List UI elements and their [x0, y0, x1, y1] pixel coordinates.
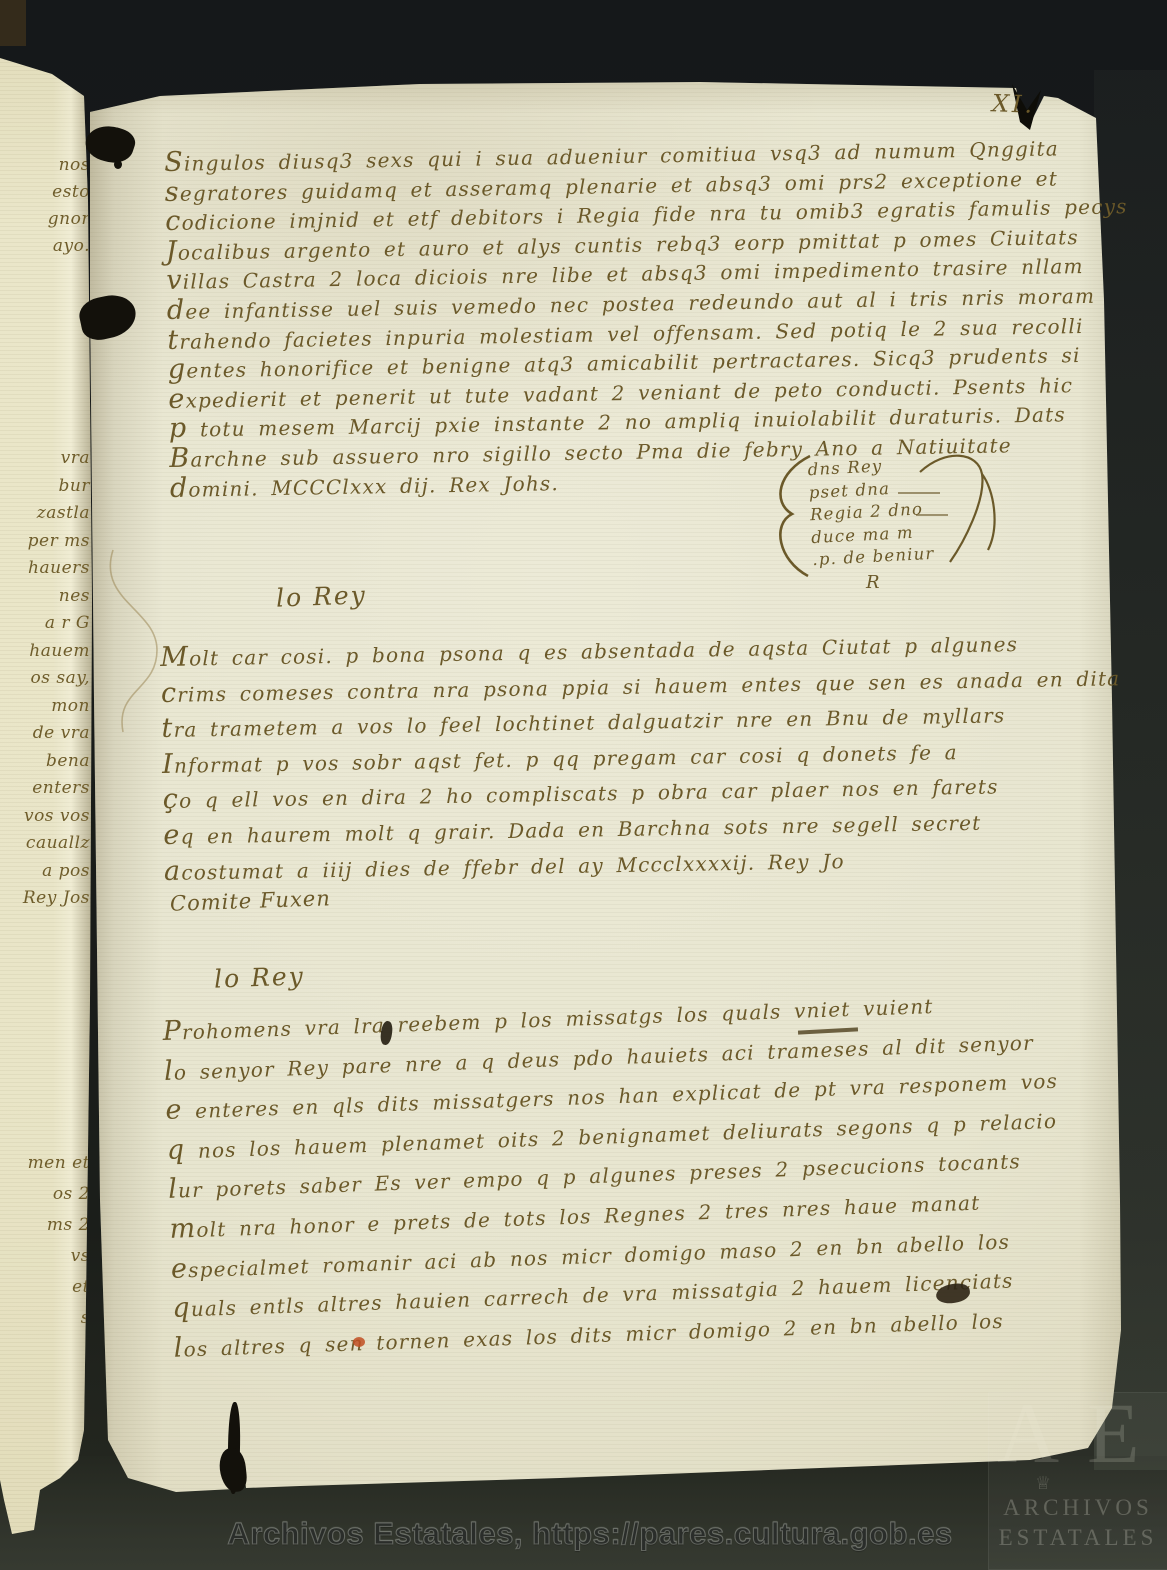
flourish-underline	[898, 492, 940, 494]
text-fragment: per ms	[2, 528, 90, 556]
text-fragment: et	[2, 1272, 90, 1303]
text-fragment: de vra	[2, 720, 90, 748]
text-fragment: nos	[2, 152, 90, 179]
text-fragment: bur	[2, 473, 90, 501]
text-fragment: zastla	[2, 500, 90, 528]
text-fragment: men et	[2, 1148, 90, 1179]
text-fragment: hauem	[2, 638, 90, 666]
logo-monogram-a: A	[997, 1393, 1059, 1473]
wormhole	[114, 160, 122, 169]
text-fragment: nes	[2, 583, 90, 611]
archive-credit-watermark: Archivos Estatales, https://pares.cultur…	[140, 1516, 1040, 1552]
folio-number: XI.	[992, 89, 1036, 118]
flourish-underline	[916, 514, 948, 516]
letter3-text-block: Prohomens vra lra reebem p los missatgs …	[162, 983, 1034, 1369]
text-fragment: bena	[2, 748, 90, 776]
text-fragment: s	[2, 1303, 90, 1334]
text-fragment: a pos	[2, 858, 90, 886]
text-fragment: Rey Jos	[2, 885, 90, 913]
text-fragment: ms 2	[2, 1210, 90, 1241]
chancery-note: dns Reypset dnaRegia 2 dnoduce ma m.p. d…	[807, 453, 935, 572]
text-fragment: os say,	[2, 665, 90, 693]
text-fragment: esto	[2, 179, 90, 206]
text-fragment: os 2	[2, 1179, 90, 1210]
previous-page-edge: nosestognorayo. vraburzastlaper mshauers…	[0, 50, 96, 1538]
crown-icon: ♕	[1035, 1473, 1051, 1494]
text-fragment: enters	[2, 775, 90, 803]
text-fragment: cauallz	[2, 830, 90, 858]
binding-thread	[95, 540, 165, 740]
logo-monogram-e: E	[1087, 1393, 1140, 1473]
previous-page-fragments-top: nosestognorayo.	[2, 152, 90, 260]
text-fragment: vra	[2, 445, 90, 473]
letter2-text-block: Molt car cosi. p bona psona q es absenta…	[160, 626, 1034, 890]
logo-text-archivos: ARCHIVOS	[989, 1495, 1167, 1521]
text-fragment: vs	[2, 1241, 90, 1272]
previous-page-fragments-bottom: men etos 2ms 2vsets	[2, 1148, 90, 1334]
letter3-heading: lo Rey	[214, 961, 306, 993]
previous-page-fragments-middle: vraburzastlaper mshauersnesa r Ghauemos …	[2, 445, 90, 913]
binding-stain	[0, 0, 26, 46]
text-fragment: ayo.	[2, 233, 90, 260]
text-fragment: a r G	[2, 610, 90, 638]
text-fragment: hauers	[2, 555, 90, 583]
text-fragment: mon	[2, 693, 90, 721]
archive-logo: A E ♕ ARCHIVOS ESTATALES	[988, 1392, 1167, 1570]
red-wax-stain	[353, 1337, 365, 1347]
text-fragment: vos vos	[2, 803, 90, 831]
chancery-mark: R	[866, 572, 880, 593]
letter2-heading: lo Rey	[276, 580, 368, 612]
logo-text-estatales: ESTATALES	[989, 1525, 1167, 1551]
text-fragment: gnor	[2, 206, 90, 233]
manuscript-scan: nosestognorayo. vraburzastlaper mshauers…	[0, 0, 1167, 1570]
